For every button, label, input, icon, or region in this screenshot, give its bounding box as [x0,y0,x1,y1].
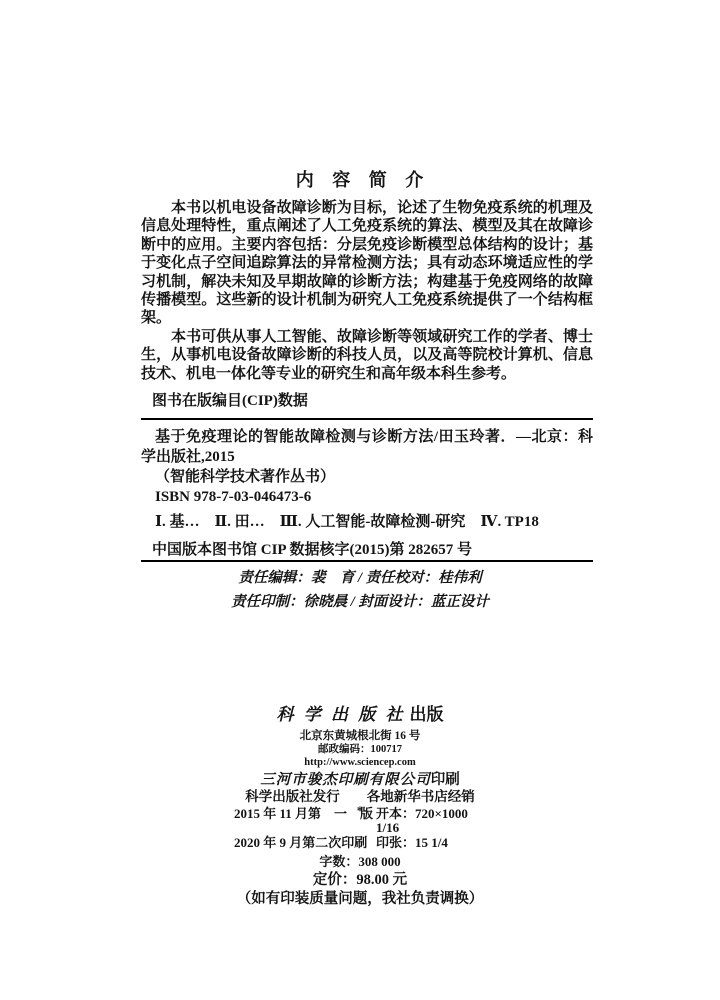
intro-paragraph-2: 本书可供从事人工智能、故障诊断等领域研究工作的学者、博士生，从事机电设备故障诊断… [141,328,593,383]
printer-line: 三河市骏杰印刷有限公司印刷 [0,772,720,788]
printer-name: 三河市骏杰印刷有限公司 [260,772,431,788]
cip-classification: Ⅰ. 基… Ⅱ. 田… Ⅲ. 人工智能-故障检测-研究 Ⅳ. TP18 [141,512,593,532]
quality-note: （如有印装质量问题，我社负责调换） [0,892,720,907]
edition-table: 2015 年 11 月第 一 版 开本：720×1000 1/16 2020 年… [234,807,486,850]
staff-editors-line: 责任编辑：裴 育 / 责任校对：桂伟利 [0,571,720,586]
staff-credits: 责任编辑：裴 育 / 责任校对：桂伟利 责任印制：徐晓晨 / 封面设计：蓝正设计 [0,571,720,619]
printing-date: 2020 年 9 月第二次印刷 [234,836,376,850]
price: 定价：98.00 元 [0,873,720,888]
edition-date: 2015 年 11 月第 一 版 [234,807,376,836]
cip-isbn: ISBN 978-7-03-046473-6 [141,487,593,507]
intro-section: 本书以机电设备故障诊断为目标，论述了生物免疫系统的机理及信息处理特性，重点阐述了… [141,199,593,383]
publisher-line: 科 学 出 版 社出版 [0,705,720,725]
intro-paragraph-1: 本书以机电设备故障诊断为目标，论述了生物免疫系统的机理及信息处理特性，重点阐述了… [141,199,593,328]
word-count: 字数：308 000 [0,855,720,869]
edition-row: 2015 年 11 月第 一 版 开本：720×1000 1/16 [234,807,486,836]
divider-line-top [141,418,593,420]
format-spec: 开本：720×1000 1/16 [376,807,486,836]
publisher-website: http://www.sciencep.com [0,757,720,769]
publisher-postcode: 邮政编码：100717 [0,744,720,756]
publisher-name: 科 学 出 版 社 [277,705,403,724]
printing-row: 2020 年 9 月第二次印刷 印张：15 1/4 [234,836,486,850]
cip-section: 图书在版编目(CIP)数据 基于免疫理论的智能故障检测与诊断方法/田玉玲著．—北… [141,391,593,562]
staff-printing-line: 责任印制：徐晓晨 / 封面设计：蓝正设计 [0,595,720,610]
print-info-section: 2015 年 11 月第 一 版 开本：720×1000 1/16 2020 年… [0,807,720,907]
publisher-address: 北京东黄城根北街 16 号 [0,730,720,742]
publisher-role-label: 出版 [410,705,444,724]
cip-series: （智能科学技术著作丛书） [141,467,593,487]
cip-title-line: 基于免疫理论的智能故障检测与诊断方法/田玉玲著．—北京：科学出版社,2015 [141,427,593,467]
cip-record-number: 中国版本图书馆 CIP 数据核字(2015)第 282657 号 [141,540,593,560]
printer-role-label: 印刷 [431,772,460,788]
cip-header: 图书在版编目(CIP)数据 [141,391,593,411]
sheets-spec: 印张：15 1/4 [376,836,486,850]
page-title: 内 容 简 介 [0,166,720,192]
book-copyright-page: 内 容 简 介 本书以机电设备故障诊断为目标，论述了生物免疫系统的机理及信息处理… [0,0,720,1000]
divider-line-bottom [141,560,593,562]
publisher-block: 科 学 出 版 社出版 北京东黄城根北街 16 号 邮政编码：100717 ht… [0,705,720,817]
